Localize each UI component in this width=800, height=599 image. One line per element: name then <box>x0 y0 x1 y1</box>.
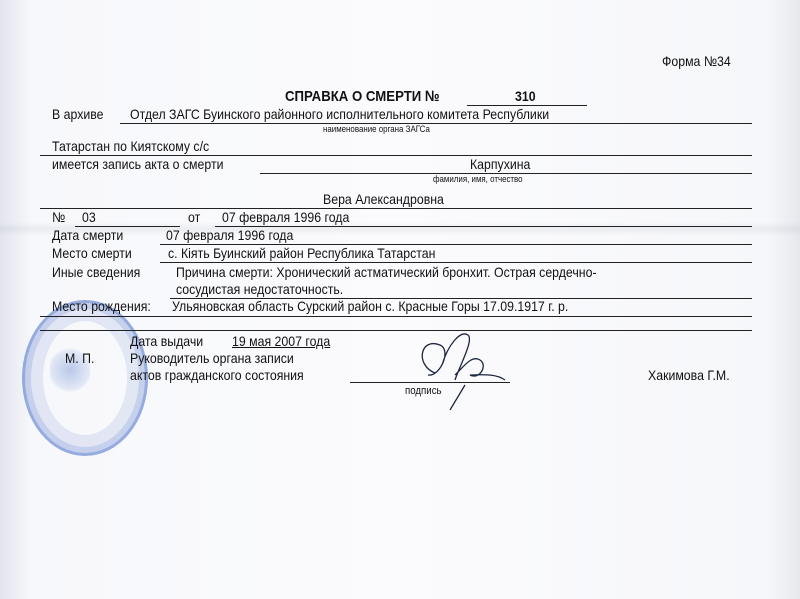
archive-underline <box>120 123 752 124</box>
name-underline <box>40 208 752 209</box>
official-name: Хакимова Г.М. <box>648 367 730 383</box>
death-place-label: Место смерти <box>52 245 132 261</box>
blank-line <box>40 330 752 331</box>
archive-value-line1: Отдел ЗАГС Буинского районного исполните… <box>130 106 549 122</box>
act-number-label: № <box>52 209 65 225</box>
other-info-label: Иные сведения <box>52 264 140 280</box>
head-title-line2: актов гражданского состояния <box>130 367 304 383</box>
document-title: СПРАВКА О СМЕРТИ № <box>285 88 440 105</box>
birth-place-label: Место рождения: <box>52 298 151 314</box>
issue-date-label: Дата выдачи <box>130 333 203 349</box>
birth-place-value: Ульяновская область Сурский район с. Кра… <box>172 298 568 314</box>
act-date-underline <box>215 226 752 227</box>
act-date-label: от <box>188 209 200 225</box>
form-number: Форма №34 <box>662 53 731 69</box>
certificate-number: 310 <box>515 88 536 104</box>
head-title-line1: Руководитель органа записи <box>130 350 294 366</box>
death-date-value: 07 февраля 1996 года <box>166 227 293 243</box>
record-surname: Карпухина <box>470 156 530 172</box>
death-date-label: Дата смерти <box>52 227 123 243</box>
archive-caption: наименование органа ЗАГСа <box>323 124 430 134</box>
record-label: имеется запись акта о смерти <box>52 156 223 172</box>
death-place-value: с. Кiять Буинский район Республика Татар… <box>168 245 435 261</box>
death-place-underline <box>160 262 752 263</box>
record-caption: фамилия, имя, отчество <box>433 174 523 184</box>
act-number: 03 <box>82 209 96 225</box>
seal-placeholder-label: М. П. <box>65 350 94 366</box>
archive-value-line2: Татарстан по Киятскому с/с <box>52 138 209 154</box>
record-name-patronymic: Вера Александровна <box>323 191 444 207</box>
issue-date-value: 19 мая 2007 года <box>232 333 330 349</box>
signature-icon <box>410 325 520 410</box>
other-info-line1: Причина смерти: Хронический астматически… <box>176 264 597 280</box>
birth-place-underline <box>40 316 752 317</box>
archive-label: В архиве <box>52 106 104 122</box>
other-info-line2: сосудистая недостаточность. <box>176 281 343 297</box>
act-date: 07 февраля 1996 года <box>222 209 349 225</box>
